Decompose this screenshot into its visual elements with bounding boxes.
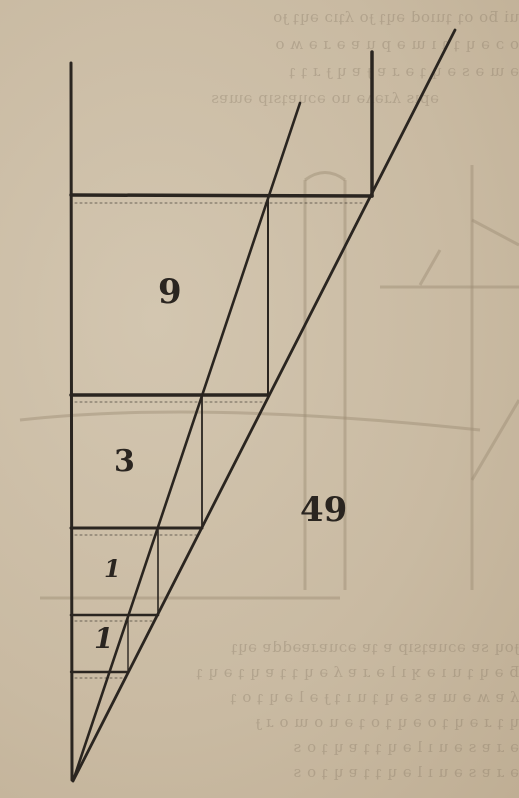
outer-diagonal-line <box>73 30 455 781</box>
nested-squares-diagram <box>0 0 519 798</box>
scanned-page: ui ƃo oʇ ʇuıod ǝɥʇ ɟo ʎʇıɔ ǝɥʇ ɟo o ɔ ǝ … <box>0 0 519 798</box>
label-49: 49 <box>300 493 347 527</box>
label-1-upper: 1 <box>104 557 121 581</box>
label-1-lower: 1 <box>94 625 113 653</box>
label-3: 3 <box>114 447 135 477</box>
inner-diagonal-line <box>73 103 300 781</box>
horizontal-line-1 <box>71 195 372 196</box>
label-9: 9 <box>158 275 182 309</box>
